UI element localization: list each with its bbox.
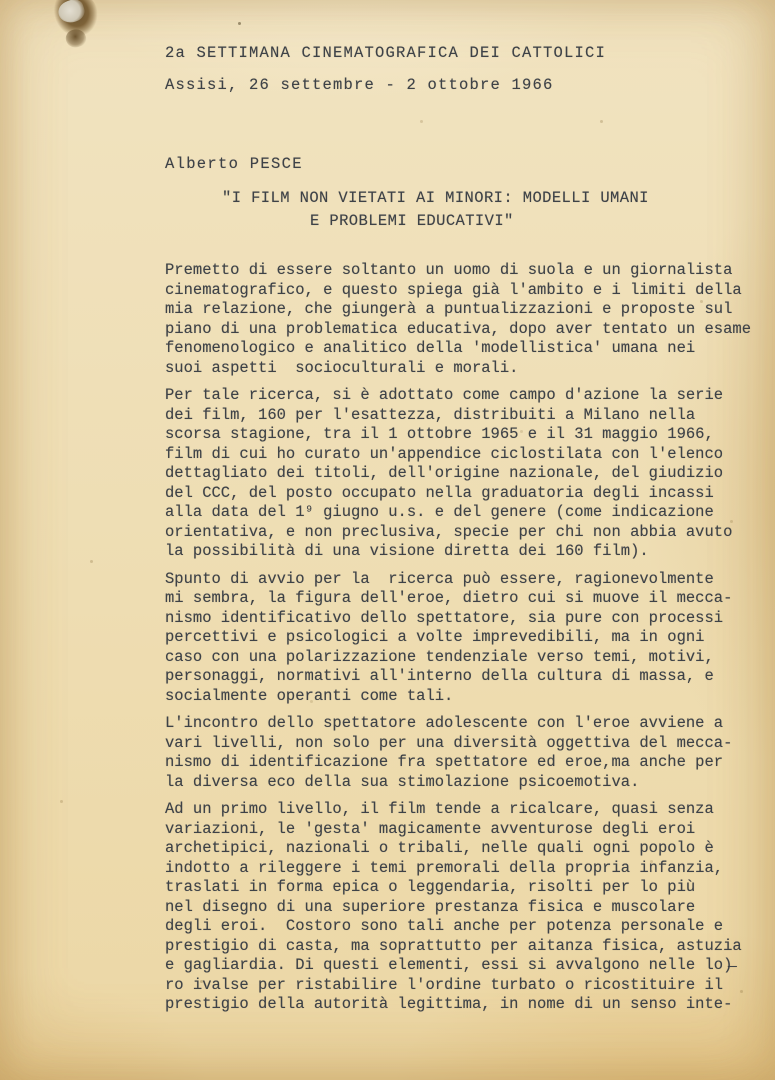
event-title: 2a SETTIMANA CINEMATOGRAFICA DEI CATTOLI… (165, 44, 606, 62)
body-text: Premetto di essere soltanto un uomo di s… (165, 261, 755, 1023)
paragraph-4: L'incontro dello spettatore adolescente … (165, 714, 755, 792)
essay-title-line1: "I FILM NON VIETATI AI MINORI: MODELLI U… (222, 189, 649, 207)
scanned-document-page: 2a SETTIMANA CINEMATOGRAFICA DEI CATTOLI… (0, 0, 775, 1080)
paragraph-1: Premetto di essere soltanto un uomo di s… (165, 261, 755, 378)
paragraph-5: Ad un primo livello, il film tende a ric… (165, 800, 755, 1015)
paper-speckles (238, 22, 241, 25)
event-date-location: Assisi, 26 settembre - 2 ottobre 1966 (165, 76, 554, 94)
author-name: Alberto PESCE (165, 155, 303, 173)
paragraph-2: Per tale ricerca, si è adottato come cam… (165, 386, 755, 562)
paper-stain (46, 0, 108, 54)
paragraph-3: Spunto di avvio per la ricerca può esser… (165, 570, 755, 707)
essay-title-line2: E PROBLEMI EDUCATIVI" (310, 212, 514, 230)
